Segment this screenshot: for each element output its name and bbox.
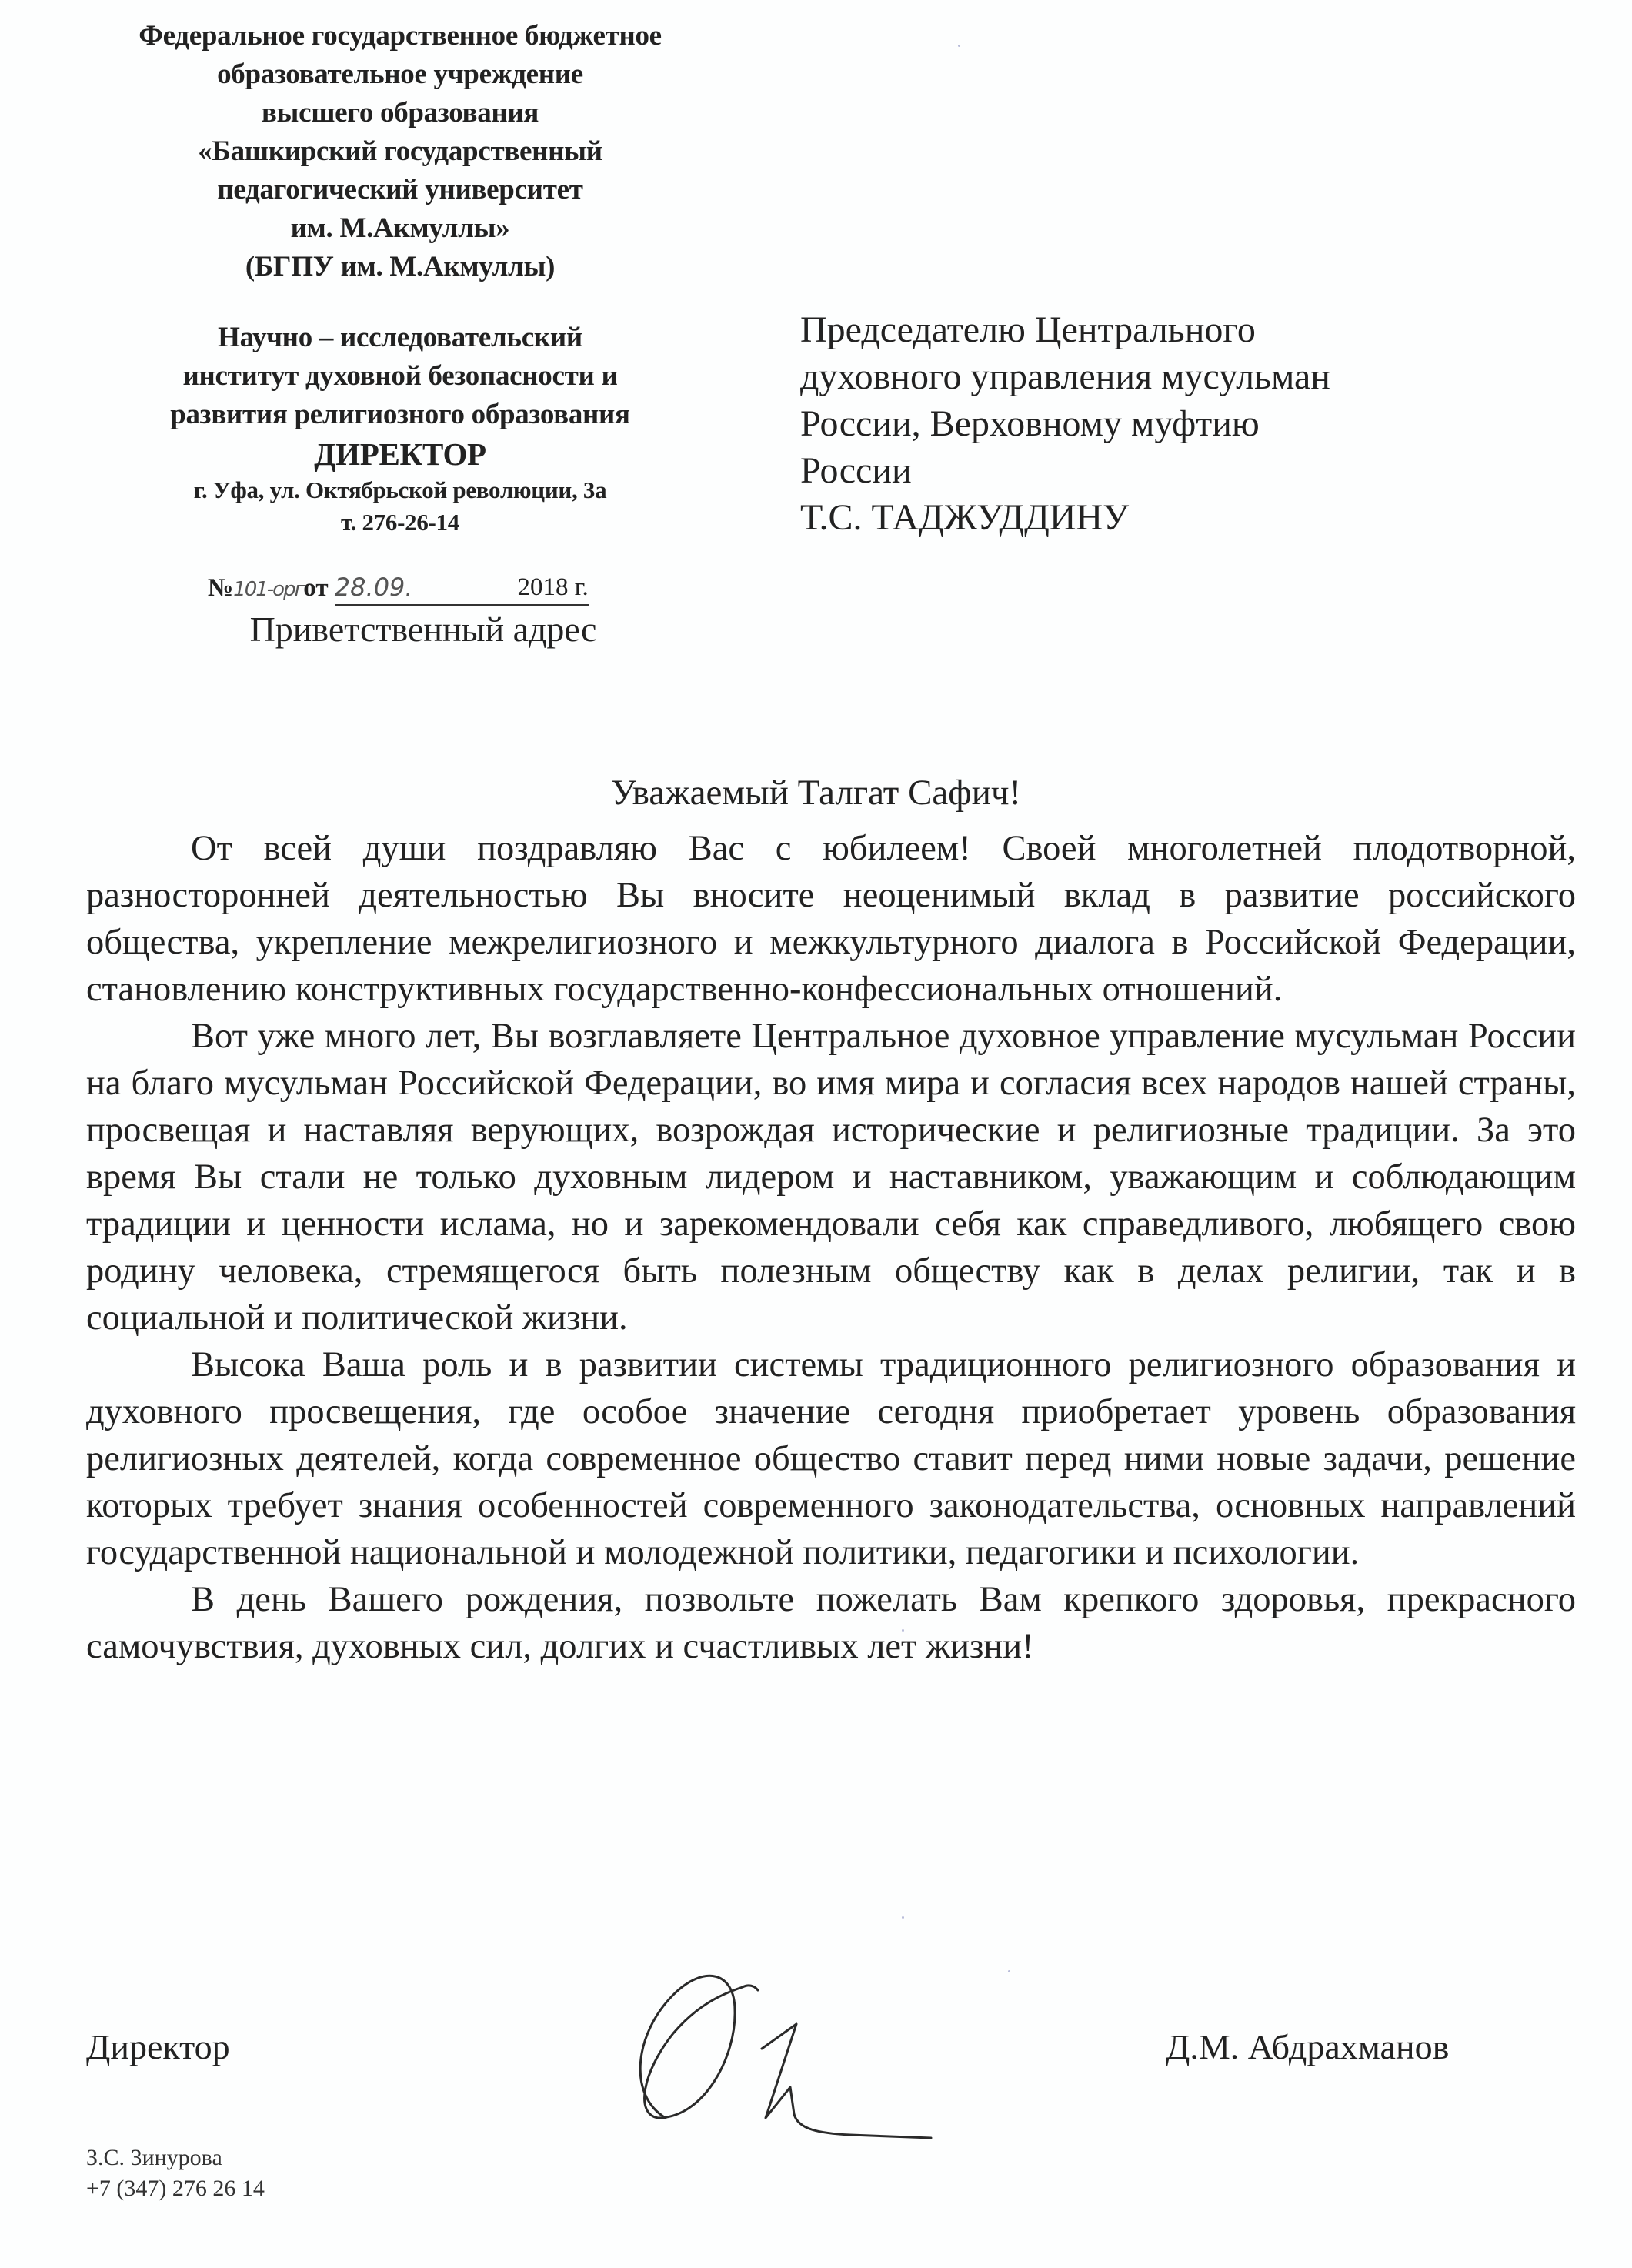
executor-phone: +7 (347) 276 26 14 bbox=[86, 2173, 265, 2204]
number-prefix: № bbox=[208, 574, 233, 602]
org-line: высшего образования bbox=[62, 94, 739, 132]
org-line: (БГПУ им. М.Акмуллы) bbox=[62, 248, 739, 286]
scan-artifact bbox=[958, 45, 960, 47]
letter-page: Федеральное государственное бюджетное об… bbox=[0, 0, 1632, 2268]
organization-header: Федеральное государственное бюджетное об… bbox=[62, 17, 739, 539]
org-line: «Башкирский государственный bbox=[62, 132, 739, 171]
addressee-line: России, Верховному муфтию bbox=[800, 400, 1570, 447]
addressee-name: Т.С. ТАДЖУДДИНУ bbox=[800, 494, 1570, 541]
registration-year: 2018 г. bbox=[517, 571, 588, 603]
institute-line: институт духовной безопасности и bbox=[62, 357, 739, 396]
org-line: педагогический университет bbox=[62, 171, 739, 209]
position-title: ДИРЕКТОР bbox=[62, 434, 739, 474]
registration-line: №101-оргот 28.09.2018 г. bbox=[208, 571, 639, 606]
salutation: Уважаемый Талгат Сафич! bbox=[0, 770, 1632, 816]
addressee-line: духовного управления мусульман bbox=[800, 353, 1570, 400]
institute-line: развития религиозного образования bbox=[62, 396, 739, 434]
body-paragraph: Вот уже много лет, Вы возглавляете Центр… bbox=[86, 1013, 1576, 1341]
scan-artifact bbox=[902, 1916, 904, 1919]
addressee-line: России bbox=[800, 447, 1570, 494]
registration-number: 101-орг bbox=[233, 578, 303, 601]
org-address: г. Уфа, ул. Октябрьской революции, 3а bbox=[62, 474, 739, 506]
org-phone: т. 276-26-14 bbox=[62, 506, 739, 539]
scan-artifact bbox=[902, 1629, 904, 1632]
signatory-title: Директор bbox=[86, 2026, 230, 2069]
registration-date: 28.09. bbox=[335, 573, 413, 602]
date-field: 28.09.2018 г. bbox=[335, 571, 589, 606]
executor-info: З.С. Зинурова +7 (347) 276 26 14 bbox=[86, 2143, 265, 2204]
addressee-line: Председателю Центрального bbox=[800, 306, 1570, 353]
signature-icon bbox=[619, 1964, 943, 2149]
org-line: Федеральное государственное бюджетное bbox=[62, 17, 739, 55]
body-paragraph: Высока Ваша роль и в развитии системы тр… bbox=[86, 1341, 1576, 1576]
letter-body: От всей души поздравляю Вас с юбилеем! С… bbox=[86, 825, 1576, 1670]
document-type: Приветственный адрес bbox=[208, 608, 639, 651]
spacer bbox=[62, 286, 739, 319]
body-paragraph: От всей души поздравляю Вас с юбилеем! С… bbox=[86, 825, 1576, 1013]
executor-name: З.С. Зинурова bbox=[86, 2143, 265, 2173]
addressee-block: Председателю Центрального духовного упра… bbox=[800, 306, 1570, 541]
institute-line: Научно – исследовательский bbox=[62, 319, 739, 357]
body-paragraph: В день Вашего рождения, позвольте пожела… bbox=[86, 1576, 1576, 1670]
scan-artifact bbox=[1008, 1970, 1010, 1972]
signatory-name: Д.М. Абдрахманов bbox=[1166, 2026, 1449, 2069]
org-line: образовательное учреждение bbox=[62, 55, 739, 94]
org-line: им. М.Акмуллы» bbox=[62, 209, 739, 248]
from-label: от bbox=[303, 574, 328, 602]
